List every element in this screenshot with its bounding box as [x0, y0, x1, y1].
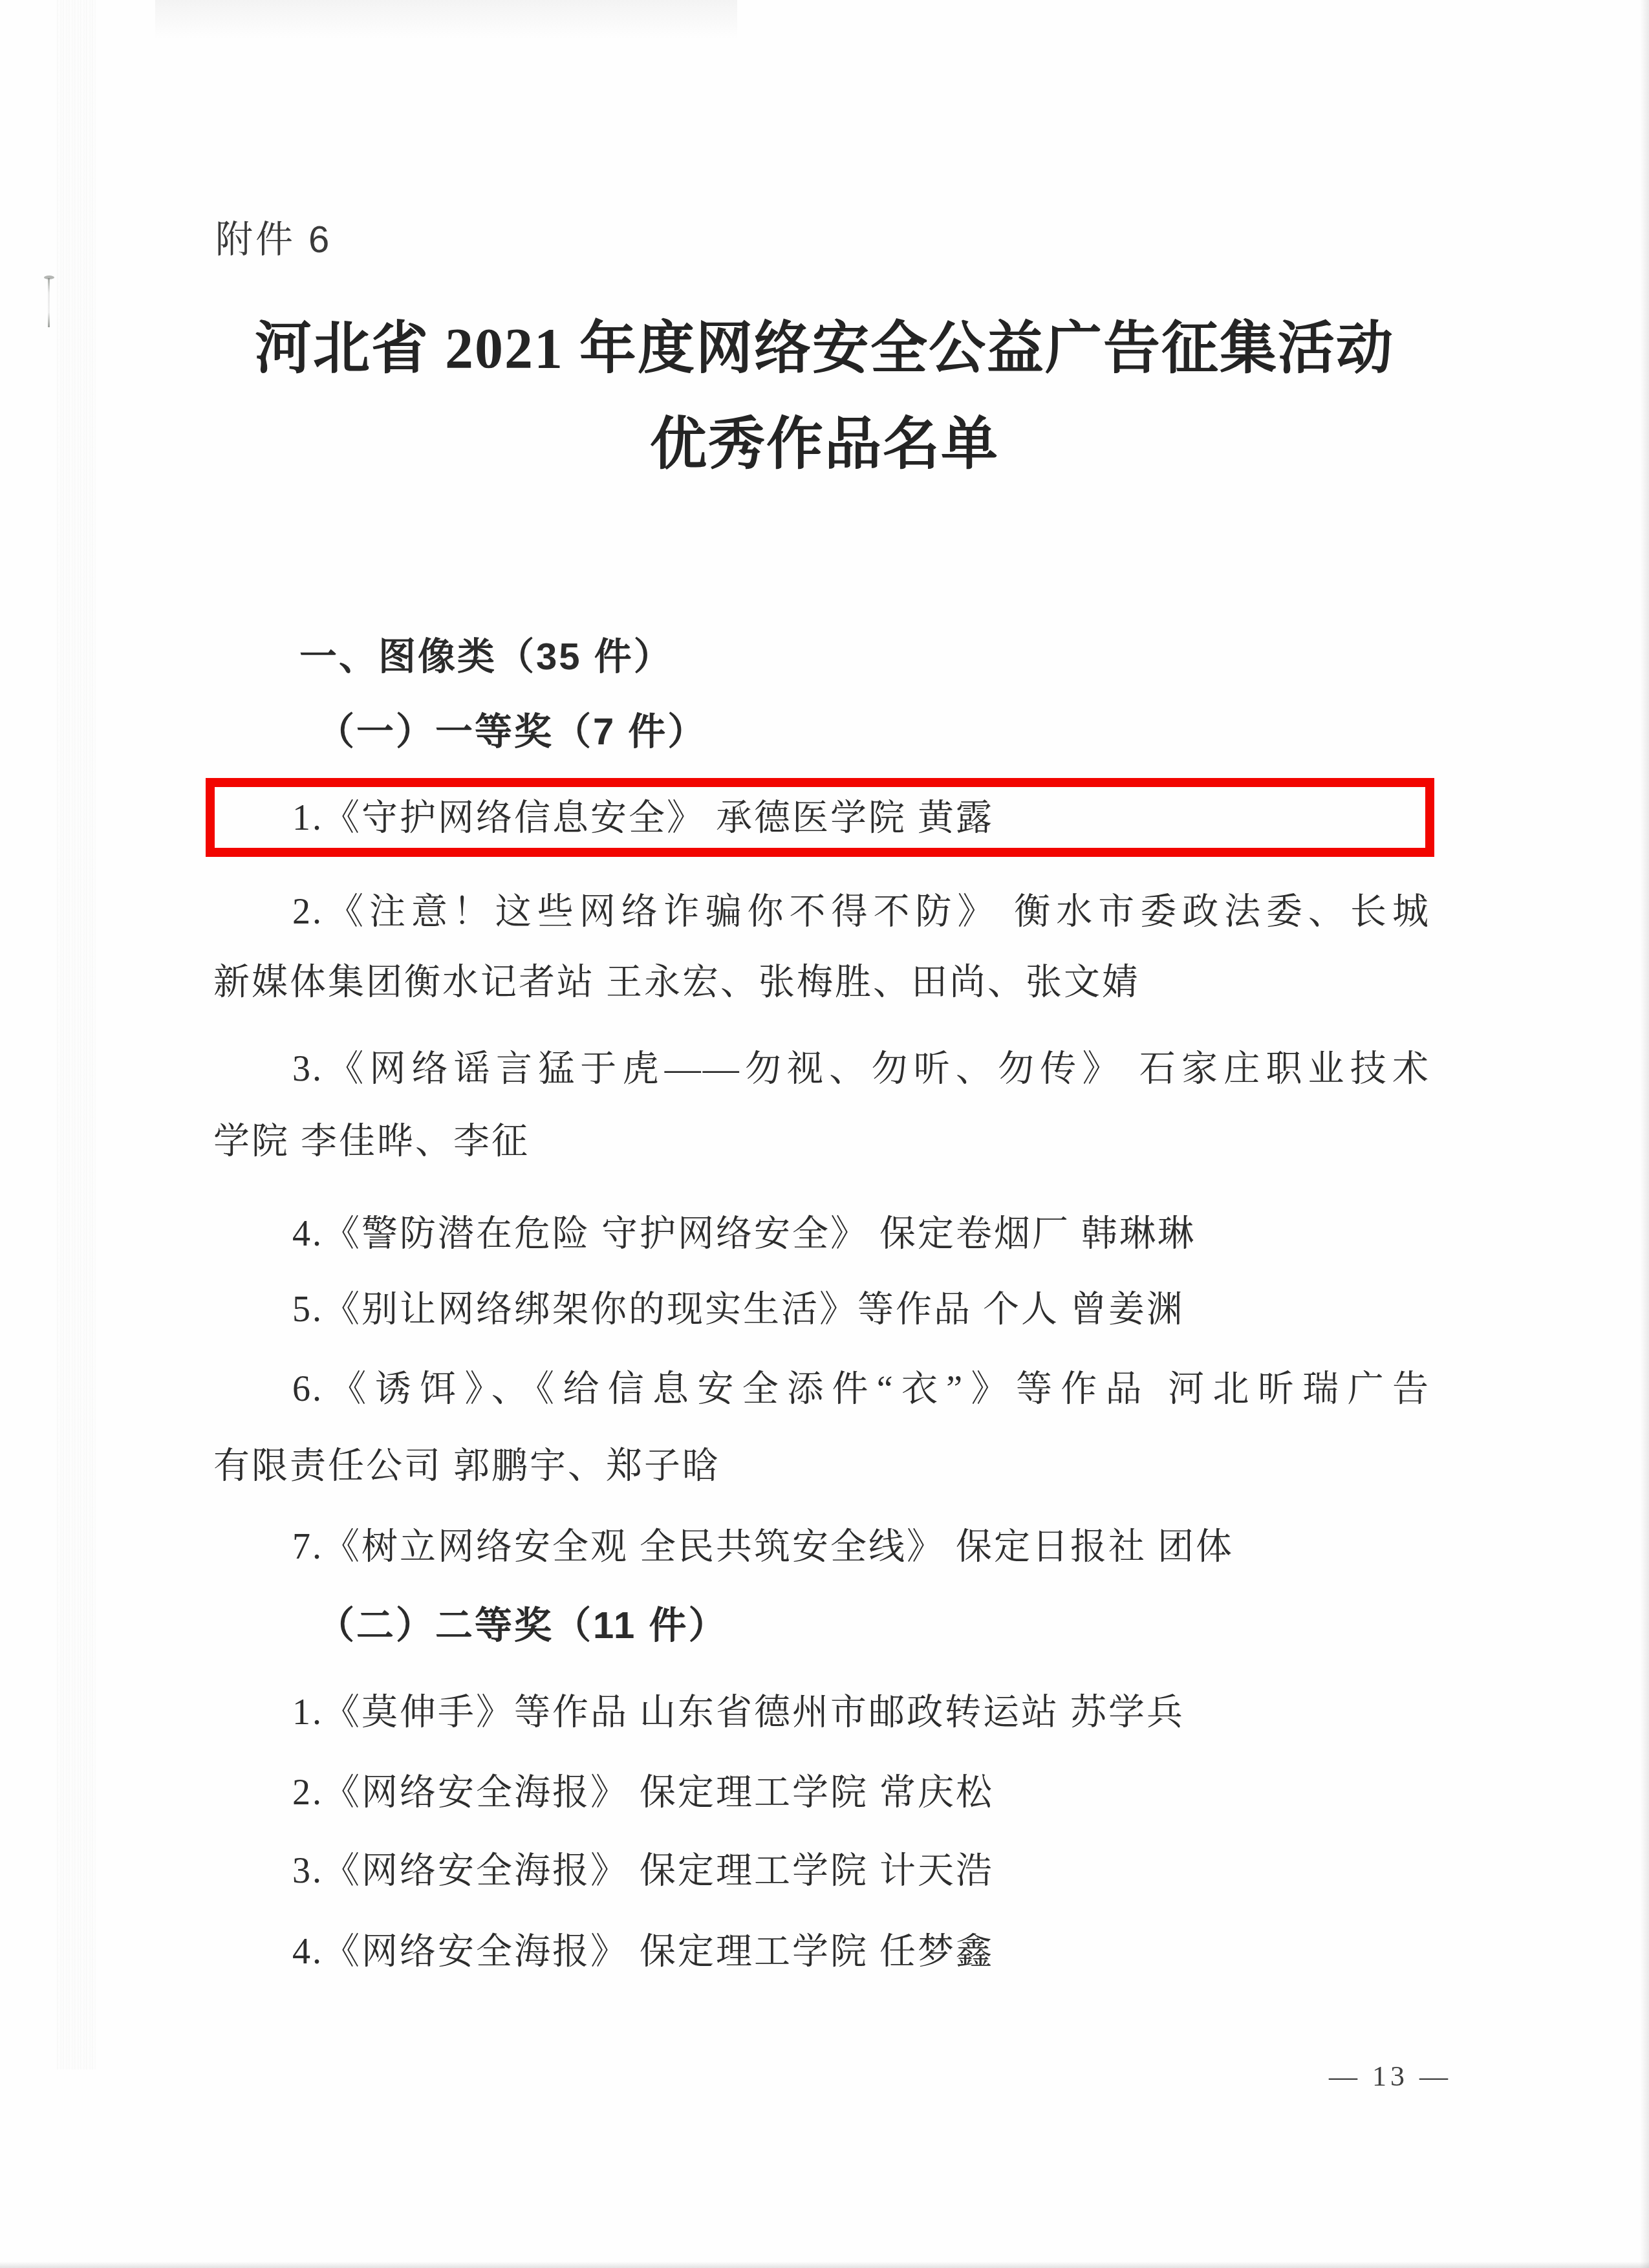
entry-line: 6.《诱饵》、《给信息安全添件“衣”》等作品 河北昕瑞广告	[292, 1369, 1430, 1409]
entry-line: 3.《网络谣言猛于虎——勿视、勿听、勿传》 石家庄职业技术	[292, 1049, 1430, 1089]
attachment-label: 附件 6	[215, 219, 332, 261]
scan-streak-band	[57, 0, 96, 2069]
entry-line: 2.《注意！这些网络诈骗你不得不防》 衡水市委政法委、长城	[292, 892, 1430, 932]
entry-line: 学院 李佳晔、李征	[213, 1121, 530, 1161]
subsection-heading-first-prize: （一）一等奖（7 件）	[317, 711, 707, 753]
section-heading-image-category: 一、图像类（35 件）	[299, 636, 673, 678]
entry-line: 7.《树立网络安全观 全民共筑安全线》 保定日报社 团体	[292, 1527, 1234, 1567]
entry-line: 有限责任公司 郭鹏宇、郑子晗	[213, 1446, 720, 1486]
entry-line: 2.《网络安全海报》 保定理工学院 常庆松	[292, 1773, 994, 1813]
page-number: — 13 —	[1293, 2060, 1487, 2093]
entry-line: 4.《警防潜在危险 守护网络安全》 保定卷烟厂 韩琳琳	[292, 1214, 1196, 1254]
page-title-line1: 河北省 2021 年度网络安全公益广告征集活动	[0, 318, 1649, 380]
entry-line: 1.《莫伸手》等作品 山东省德州市邮政转运站 苏学兵	[292, 1692, 1185, 1733]
scan-top-smudge	[155, 0, 737, 39]
entry-line: 5.《别让网络绑架你的现实生活》等作品 个人 曾姜渊	[292, 1290, 1185, 1330]
scan-bottom-edge-shadow	[0, 2262, 1649, 2268]
page-title-line2: 优秀作品名单	[0, 414, 1649, 476]
document-page: 附件 6 河北省 2021 年度网络安全公益广告征集活动 优秀作品名单 一、图像…	[0, 0, 1649, 2268]
entry-line: 新媒体集团衡水记者站 王永宏、张梅胜、田尚、张文婧	[213, 962, 1140, 1002]
subsection-heading-second-prize: （二）二等奖（11 件）	[317, 1605, 727, 1647]
entry-line: 3.《网络安全海报》 保定理工学院 计天浩	[292, 1851, 994, 1891]
entry-line: 4.《网络安全海报》 保定理工学院 任梦鑫	[292, 1932, 994, 1972]
entry-line: 1.《守护网络信息安全》 承德医学院 黄露	[292, 798, 994, 838]
